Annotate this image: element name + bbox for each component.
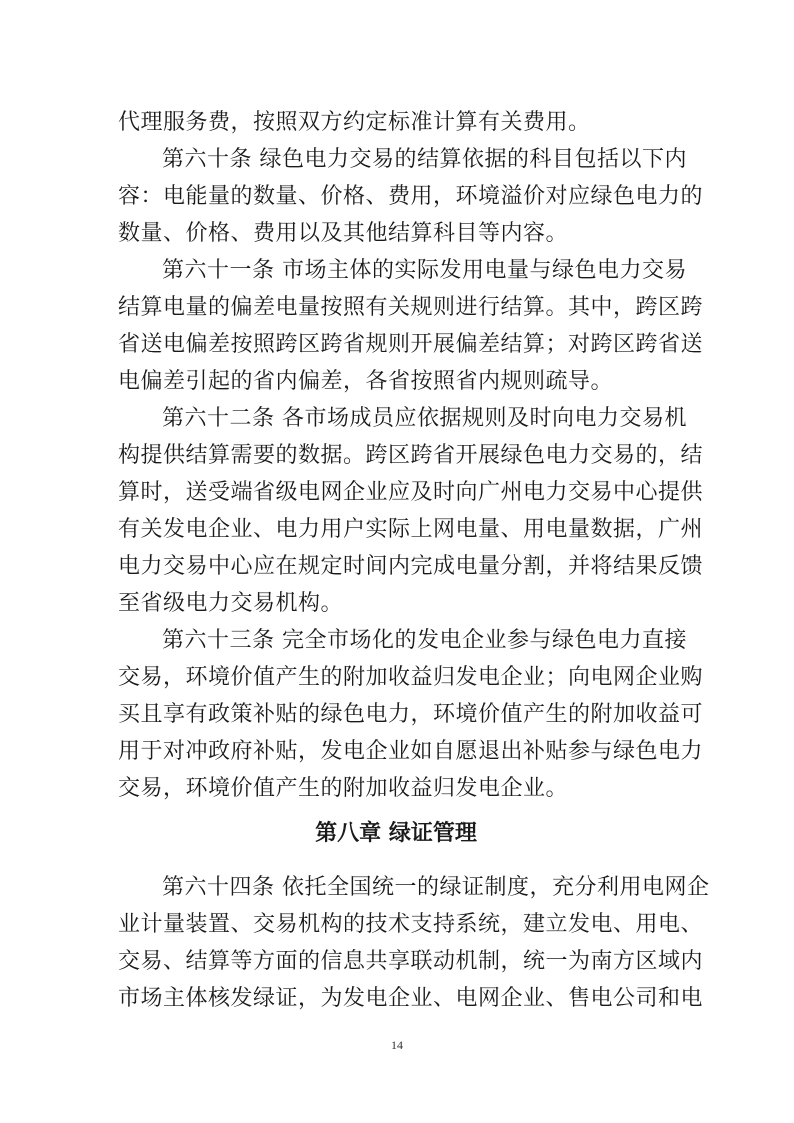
page-body: 代理服务费，按照双方约定标准计算有关费用。 第六十条 绿色电力交易的结算依据的科… bbox=[118, 104, 674, 1017]
page-number: 14 bbox=[0, 1038, 794, 1053]
article-line: 算时，送受端省级电网企业应及时向广州电力交易中心提供 bbox=[118, 474, 674, 511]
article-line: 电偏差引起的省内偏差，各省按照省内规则疏导。 bbox=[118, 363, 674, 400]
article-line: 构提供结算需要的数据。跨区跨省开展绿色电力交易的，结 bbox=[118, 437, 674, 474]
article-line: 交易，环境价值产生的附加收益归发电企业；向电网企业购 bbox=[118, 659, 674, 696]
article-61: 第六十一条 市场主体的实际发用电量与绿色电力交易 结算电量的偏差电量按照有关规则… bbox=[118, 252, 674, 400]
article-line: 第六十三条 完全市场化的发电企业参与绿色电力直接 bbox=[118, 622, 674, 659]
article-line: 用于对冲政府补贴，发电企业如自愿退出补贴参与绿色电力 bbox=[118, 733, 674, 770]
article-line: 交易、结算等方面的信息共享联动机制，统一为南方区域内 bbox=[118, 943, 674, 980]
article-line: 市场主体核发绿证，为发电企业、电网企业、售电公司和电 bbox=[118, 980, 674, 1017]
article-line: 第六十一条 市场主体的实际发用电量与绿色电力交易 bbox=[118, 252, 674, 289]
article-line: 电力交易中心应在规定时间内完成电量分割，并将结果反馈 bbox=[118, 548, 674, 585]
article-line: 省送电偏差按照跨区跨省规则开展偏差结算；对跨区跨省送 bbox=[118, 326, 674, 363]
article-line: 交易，环境价值产生的附加收益归发电企业。 bbox=[118, 770, 674, 807]
article-63: 第六十三条 完全市场化的发电企业参与绿色电力直接 交易，环境价值产生的附加收益归… bbox=[118, 622, 674, 807]
article-line: 第六十条 绿色电力交易的结算依据的科目包括以下内 bbox=[118, 141, 674, 178]
article-line: 容：电能量的数量、价格、费用，环境溢价对应绿色电力的 bbox=[118, 178, 674, 215]
article-line: 业计量装置、交易机构的技术支持系统，建立发电、用电、 bbox=[118, 906, 674, 943]
article-line: 买且享有政策补贴的绿色电力，环境价值产生的附加收益可 bbox=[118, 696, 674, 733]
article-line: 数量、价格、费用以及其他结算科目等内容。 bbox=[118, 215, 674, 252]
paragraph-continuation-line: 代理服务费，按照双方约定标准计算有关费用。 bbox=[118, 104, 674, 141]
article-line: 结算电量的偏差电量按照有关规则进行结算。其中，跨区跨 bbox=[118, 289, 674, 326]
document-page: 代理服务费，按照双方约定标准计算有关费用。 第六十条 绿色电力交易的结算依据的科… bbox=[0, 0, 794, 1123]
article-62: 第六十二条 各市场成员应依据规则及时向电力交易机 构提供结算需要的数据。跨区跨省… bbox=[118, 400, 674, 622]
article-line: 第六十四条 依托全国统一的绿证制度，充分利用电网企 bbox=[118, 869, 674, 906]
article-64: 第六十四条 依托全国统一的绿证制度，充分利用电网企 业计量装置、交易机构的技术支… bbox=[118, 869, 674, 1017]
chapter-heading: 第八章 绿证管理 bbox=[118, 809, 674, 859]
article-line: 至省级电力交易机构。 bbox=[118, 585, 674, 622]
article-line: 有关发电企业、电力用户实际上网电量、用电量数据，广州 bbox=[118, 511, 674, 548]
article-60: 第六十条 绿色电力交易的结算依据的科目包括以下内 容：电能量的数量、价格、费用，… bbox=[118, 141, 674, 252]
article-line: 第六十二条 各市场成员应依据规则及时向电力交易机 bbox=[118, 400, 674, 437]
